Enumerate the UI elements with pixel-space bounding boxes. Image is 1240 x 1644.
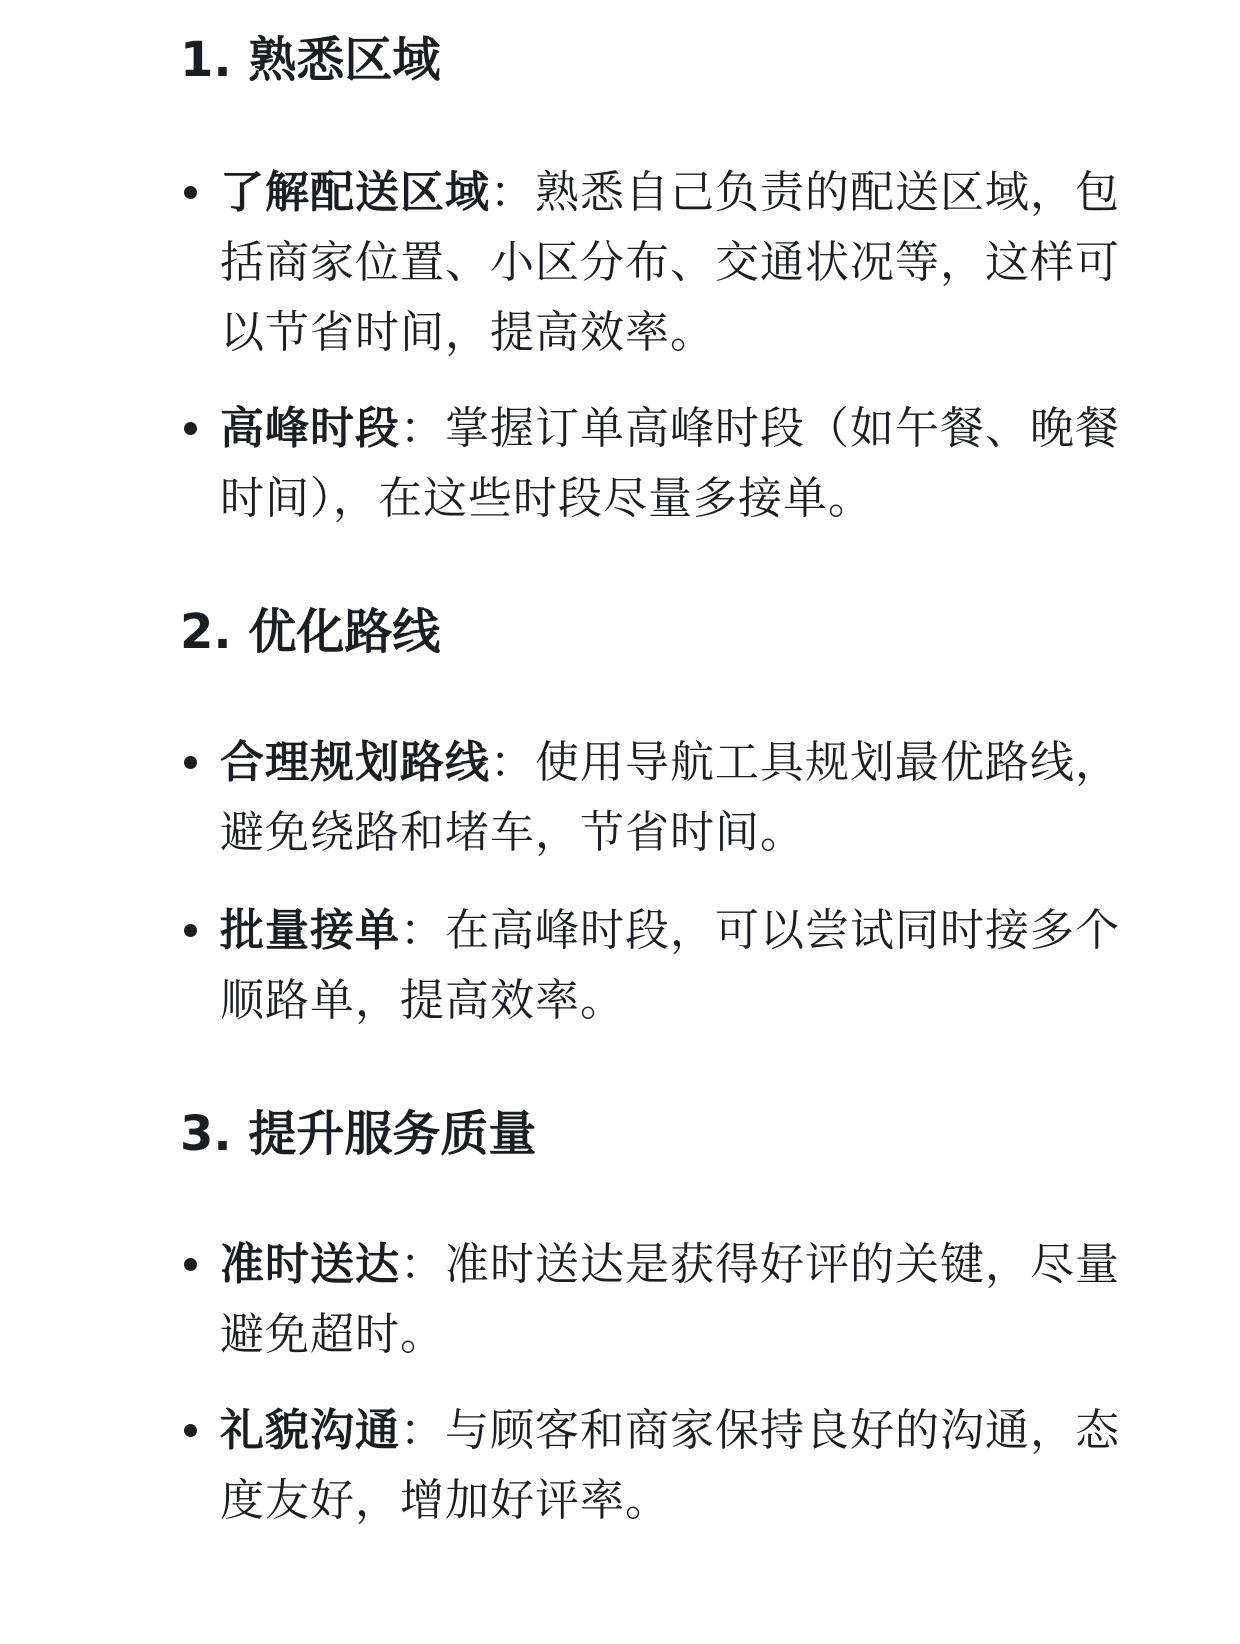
list-item-term: 准时送达 xyxy=(220,1239,400,1290)
section-heading-2: 2. 优化路线 xyxy=(180,602,440,662)
list-item-term: 礼貌沟通 xyxy=(220,1405,400,1456)
bullet-icon xyxy=(184,186,197,199)
list-item-separator: ： xyxy=(400,403,445,454)
bullet-icon xyxy=(184,1258,197,1271)
list-item-separator: ： xyxy=(400,1405,445,1456)
bullet-icon xyxy=(184,924,197,937)
bullet-icon xyxy=(184,422,197,435)
list-item-term: 批量接单 xyxy=(220,905,400,956)
list-item-text: 了解配送区域：熟悉自己负责的配送区域，包括商家位置、小区分布、交通状况等，这样可… xyxy=(220,158,1120,368)
list-item-text: 合理规划路线：使用导航工具规划最优路线，避免绕路和堵车，节省时间。 xyxy=(220,728,1120,868)
list-item-separator: ： xyxy=(400,905,445,956)
list-item-separator: ： xyxy=(400,1239,445,1290)
section-heading-3: 3. 提升服务质量 xyxy=(180,1104,536,1164)
list-item-term: 了解配送区域 xyxy=(220,167,490,218)
bullet-icon xyxy=(184,1424,197,1437)
list-item-term: 合理规划路线 xyxy=(220,737,490,788)
list-item-separator: ： xyxy=(490,737,535,788)
list-item-term: 高峰时段 xyxy=(220,403,400,454)
list-item-text: 准时送达：准时送达是获得好评的关键，尽量避免超时。 xyxy=(220,1230,1120,1370)
list-item-text: 批量接单：在高峰时段，可以尝试同时接多个顺路单，提高效率。 xyxy=(220,896,1120,1036)
list-item-separator: ： xyxy=(490,167,535,218)
section-heading-1: 1. 熟悉区域 xyxy=(180,30,440,90)
list-item-text: 礼貌沟通：与顾客和商家保持良好的沟通，态度友好，增加好评率。 xyxy=(220,1396,1120,1536)
bullet-icon xyxy=(184,756,197,769)
list-item-text: 高峰时段：掌握订单高峰时段（如午餐、晚餐时间），在这些时段尽量多接单。 xyxy=(220,394,1120,534)
